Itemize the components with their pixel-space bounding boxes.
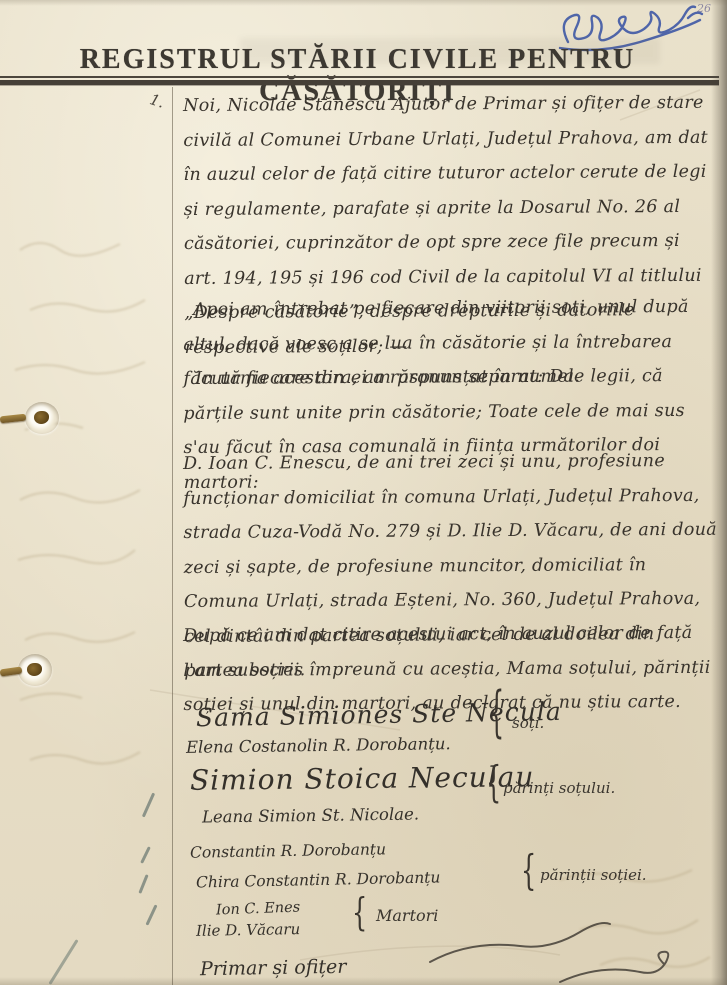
registry-page: 26 REGISTRUL STĂRII CIVILE PENTRU CĂSĂTO… (0, 0, 727, 985)
punch-hole-top (25, 402, 59, 434)
officer-signature-flourish (0, 0, 727, 985)
fastener-head-bottom (27, 663, 42, 676)
fastener-head-top (34, 411, 49, 424)
punch-hole-bottom (18, 654, 52, 686)
